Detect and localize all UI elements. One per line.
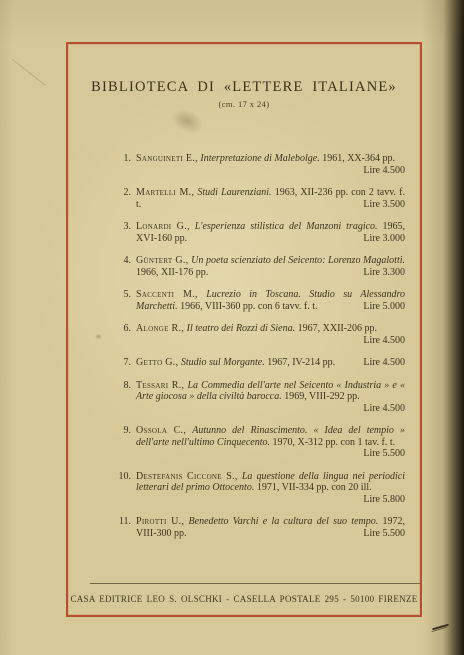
entry-title: Studio sul Morgante.: [181, 357, 265, 368]
entry-details: 1966, VIII-360 pp. con 6 tavv. f. t.: [180, 301, 317, 312]
format-note: (cm. 17 x 24): [68, 99, 420, 109]
entry-price: Lire 3.500: [355, 199, 405, 211]
series-title: BIBLIOTECA DI «LETTERE ITALIANE»: [74, 79, 414, 96]
entry-details: 1967, IV-214 pp.: [267, 357, 335, 368]
entry-text: Alonge R., Il teatro dei Rozzi di Siena.…: [136, 323, 405, 346]
entry-author: Alonge R.,: [136, 323, 184, 334]
book-back-cover: { "colors": { "paper": "#d6c898", "frame…: [0, 0, 464, 655]
entry-author: Sanguineti E.,: [136, 153, 198, 164]
entry-author: Tessari R.,: [136, 380, 184, 391]
entry-price: Lire 5.500: [355, 528, 405, 540]
entry-price: Lire 5.000: [355, 301, 405, 313]
entry-price: Lire 5.800: [355, 494, 405, 506]
publisher-imprint: CASA EDITRICE LEO S. OLSCHKI - CASELLA P…: [68, 594, 420, 604]
entry-text: Getto G., Studio sul Morgante. 1967, IV-…: [136, 357, 405, 369]
entry-author: Destefanis Ciccone S.,: [136, 471, 238, 482]
entry-details: 1966, XII-176 pp.: [136, 267, 208, 278]
entry-title: Benedetto Varchi e la cultura del suo te…: [189, 516, 379, 527]
entry-author: Saccenti M.,: [136, 289, 198, 300]
entry-text: Tessari R., La Commedia dell'arte nel Se…: [136, 380, 405, 415]
paper-scratch: [12, 59, 46, 86]
entry-number: 10.: [113, 471, 136, 506]
entry-details: 1971, VII-334 pp. con 20 ill.: [257, 482, 372, 493]
book-entry: 11. Pirotti U., Benedetto Varchi e la cu…: [113, 516, 405, 539]
entry-text: Ossola C., Autunno del Rinascimento. « I…: [136, 425, 405, 460]
entry-price: Lire 5.500: [355, 448, 405, 460]
entry-price: Lire 4.500: [355, 403, 405, 415]
pen-mark: [432, 624, 449, 631]
entry-author: Pirotti U.,: [136, 516, 184, 527]
book-entry: 5. Saccenti M., Lucrezio in Toscana. Stu…: [113, 289, 405, 312]
entry-author: Lonardi G.,: [136, 221, 190, 232]
entry-text: Lonardi G., L'esperienza stilistica del …: [136, 221, 405, 244]
entry-details: 1967, XXII-206 pp.: [298, 323, 377, 334]
entry-price: Lire 4.500: [355, 357, 405, 369]
book-catalog-list: 1. Sanguineti E., Interpretazione di Mal…: [113, 153, 405, 539]
book-entry: 9. Ossola C., Autunno del Rinascimento. …: [113, 425, 405, 460]
entry-text: Martelli M., Studi Laurenziani. 1963, XI…: [136, 187, 405, 210]
entry-title: L'esperienza stilistica del Manzoni trag…: [195, 221, 378, 232]
entry-number: 5.: [113, 289, 136, 312]
entry-number: 7.: [113, 357, 136, 369]
book-entry: 8. Tessari R., La Commedia dell'arte nel…: [113, 380, 405, 415]
entry-title: Studi Laurenziani.: [197, 187, 271, 198]
book-entry: 10. Destefanis Ciccone S., La questione …: [113, 471, 405, 506]
book-entry: 7. Getto G., Studio sul Morgante. 1967, …: [113, 357, 405, 369]
entry-details: 1961, XX-364 pp.: [322, 153, 395, 164]
entry-price: Lire 3.000: [355, 233, 405, 245]
entry-price: Lire 4.500: [355, 335, 405, 347]
red-border-frame: BIBLIOTECA DI «LETTERE ITALIANE» (cm. 17…: [66, 42, 422, 617]
entry-author: Getto G.,: [136, 357, 178, 368]
entry-title: Un poeta scienziato del Seicento: Lorenz…: [191, 255, 405, 266]
book-entry: 4. Güntert G., Un poeta scienziato del S…: [113, 255, 405, 278]
entry-text: Sanguineti E., Interpretazione di Malebo…: [136, 153, 405, 176]
entry-number: 11.: [113, 516, 136, 539]
entry-number: 3.: [113, 221, 136, 244]
entry-price: Lire 4.500: [355, 165, 405, 177]
entry-number: 8.: [113, 380, 136, 415]
entry-title: Il teatro dei Rozzi di Siena.: [187, 323, 296, 334]
entry-text: Saccenti M., Lucrezio in Toscana. Studio…: [136, 289, 405, 312]
entry-number: 6.: [113, 323, 136, 346]
book-entry: 6. Alonge R., Il teatro dei Rozzi di Sie…: [113, 323, 405, 346]
book-entry: 1. Sanguineti E., Interpretazione di Mal…: [113, 153, 405, 176]
entry-title: Interpretazione di Malebolge.: [200, 153, 319, 164]
entry-details: 1969, VIII-292 pp.: [284, 391, 359, 402]
book-entry: 3. Lonardi G., L'esperienza stilistica d…: [113, 221, 405, 244]
entry-text: Destefanis Ciccone S., La questione dell…: [136, 471, 405, 506]
entry-author: Güntert G.,: [136, 255, 189, 266]
entry-number: 2.: [113, 187, 136, 210]
entry-text: Pirotti U., Benedetto Varchi e la cultur…: [136, 516, 405, 539]
entry-details: 1970, X-312 pp. con 1 tav. f. t.: [272, 437, 395, 448]
entry-author: Ossola C.,: [136, 425, 186, 436]
entry-price: Lire 3.300: [355, 267, 405, 279]
entry-number: 9.: [113, 425, 136, 460]
entry-author: Martelli M.,: [136, 187, 194, 198]
entry-text: Güntert G., Un poeta scienziato del Seic…: [136, 255, 405, 278]
book-entry: 2. Martelli M., Studi Laurenziani. 1963,…: [113, 187, 405, 210]
footer-divider: [90, 583, 420, 584]
entry-number: 1.: [113, 153, 136, 176]
entry-number: 4.: [113, 255, 136, 278]
